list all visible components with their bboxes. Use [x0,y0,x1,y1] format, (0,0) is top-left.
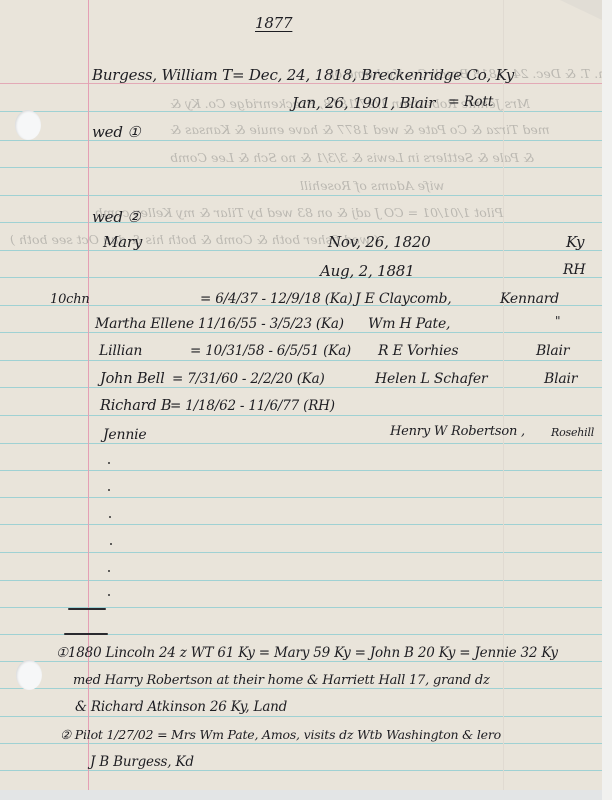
bleed-through-text: wife Adams of Rosehill [300,178,444,193]
census-note-line: ①1880 Lincoln 24 z WT 61 Ky = Mary 59 Ky… [56,645,558,661]
bleed-through-text: med Tirza & Co Pate & wed 1877 & have en… [170,122,550,137]
placeholder-dot [108,594,110,596]
child-spouse: Helen L Schafer [375,371,487,387]
rule-line [0,688,602,689]
child-name: Lillian [99,343,142,359]
placeholder-dot [108,570,110,572]
left-margin-line [88,0,89,790]
rule-line [0,770,602,771]
rule-line [0,524,602,525]
placeholder-dot [108,489,110,491]
spouse-death-date: Aug, 2, 1881 [320,262,415,280]
child-place: Kennard [500,291,559,307]
rule-line [0,167,602,168]
rule-line [0,661,602,662]
child-place: Blair [536,343,569,359]
child-spouse: R E Vorhies [378,343,458,359]
spouse-birth-place: Ky [566,233,584,251]
subject-death: Jan, 26, 1901, Blair [292,94,435,112]
rule-line [0,497,602,498]
obituary-note-line: J B Burgess, Kd [90,754,194,770]
punch-hole [16,660,42,690]
child-name: Jennie [103,427,147,443]
census-note-line: & Richard Atkinson 26 Ky, Land [75,699,287,715]
rule-line [0,443,602,444]
second-marriage-label: wed ② [92,208,141,226]
census-note-line: med Harry Robertson at their home & Harr… [73,673,490,688]
right-faint-margin-line [503,0,504,790]
rule-line [0,140,602,141]
separator-dash [68,608,106,610]
child-name: Martha Ellene [95,316,194,332]
child-spouse: Wm H Pate, [368,316,450,332]
placeholder-dot [108,462,110,464]
separator-dash [64,633,108,635]
scan-background-right [602,0,612,800]
rule-line [0,716,602,717]
rule-line [0,360,602,361]
child-spouse: J E Claycomb, [355,291,452,307]
bleed-through-text: & Pale & Settlers in Lewis & 3/3/1 & no … [170,150,534,165]
spouse-name: Mary [103,233,142,251]
bleed-through-text: Pilot 1/01/01 = CO J adj & on 83 wed by … [95,205,503,220]
children-count-label: 10chn [50,292,90,307]
child-dates: = 6/4/37 - 12/9/18 (Ka) [200,291,353,307]
rule-line [0,580,602,581]
subject-death-note: = Rott [448,94,493,110]
bleed-through-text: ( wed fisher both & Comb & both his & da… [10,232,379,247]
page-heading-year: 1877 [255,14,292,32]
subject-name: Burgess, William T [92,66,232,84]
child-dates: = 1/18/62 - 11/6/77 (RH) [170,398,335,414]
folded-corner [560,0,602,20]
child-dates: = 7/31/60 - 2/2/20 (Ka) [172,371,325,387]
child-dates: 11/16/55 - 3/5/23 (Ka) [198,316,344,332]
child-dates: = 10/31/58 - 6/5/51 (Ka) [190,343,351,359]
rule-line [0,743,602,744]
spouse-birth-date: Nov, 26, 1820 [328,233,431,251]
placeholder-dot [109,516,111,518]
scan-background-bottom [0,790,612,800]
subject-birth: = Dec, 24, 1818, Breckenridge Co, Ky [232,66,514,84]
child-place: " [555,314,560,328]
rule-line [0,387,602,388]
rule-line [0,222,602,223]
placeholder-dot [110,543,112,545]
obituary-note-line: ② Pilot 1/27/02 = Mrs Wm Pate, Amos, vis… [60,727,501,742]
rule-line [0,415,602,416]
rule-line [0,470,602,471]
rule-line [0,277,602,278]
spouse-death-place: RH [563,262,585,278]
rule-line [0,552,602,553]
child-place: Rosehill [551,426,594,439]
child-name: John Bell [100,371,165,387]
first-marriage-label: wed ① [92,123,141,141]
notebook-page: 2) Burgess, Wm. T. & Dec. 24, 1818 Breck… [0,0,602,790]
rule-line [0,332,602,333]
rule-line [0,250,602,251]
child-place: Blair [544,371,577,387]
child-spouse: Henry W Robertson , [390,424,525,439]
child-name: Richard B [100,398,171,414]
rule-line [0,195,602,196]
punch-hole [15,110,41,140]
